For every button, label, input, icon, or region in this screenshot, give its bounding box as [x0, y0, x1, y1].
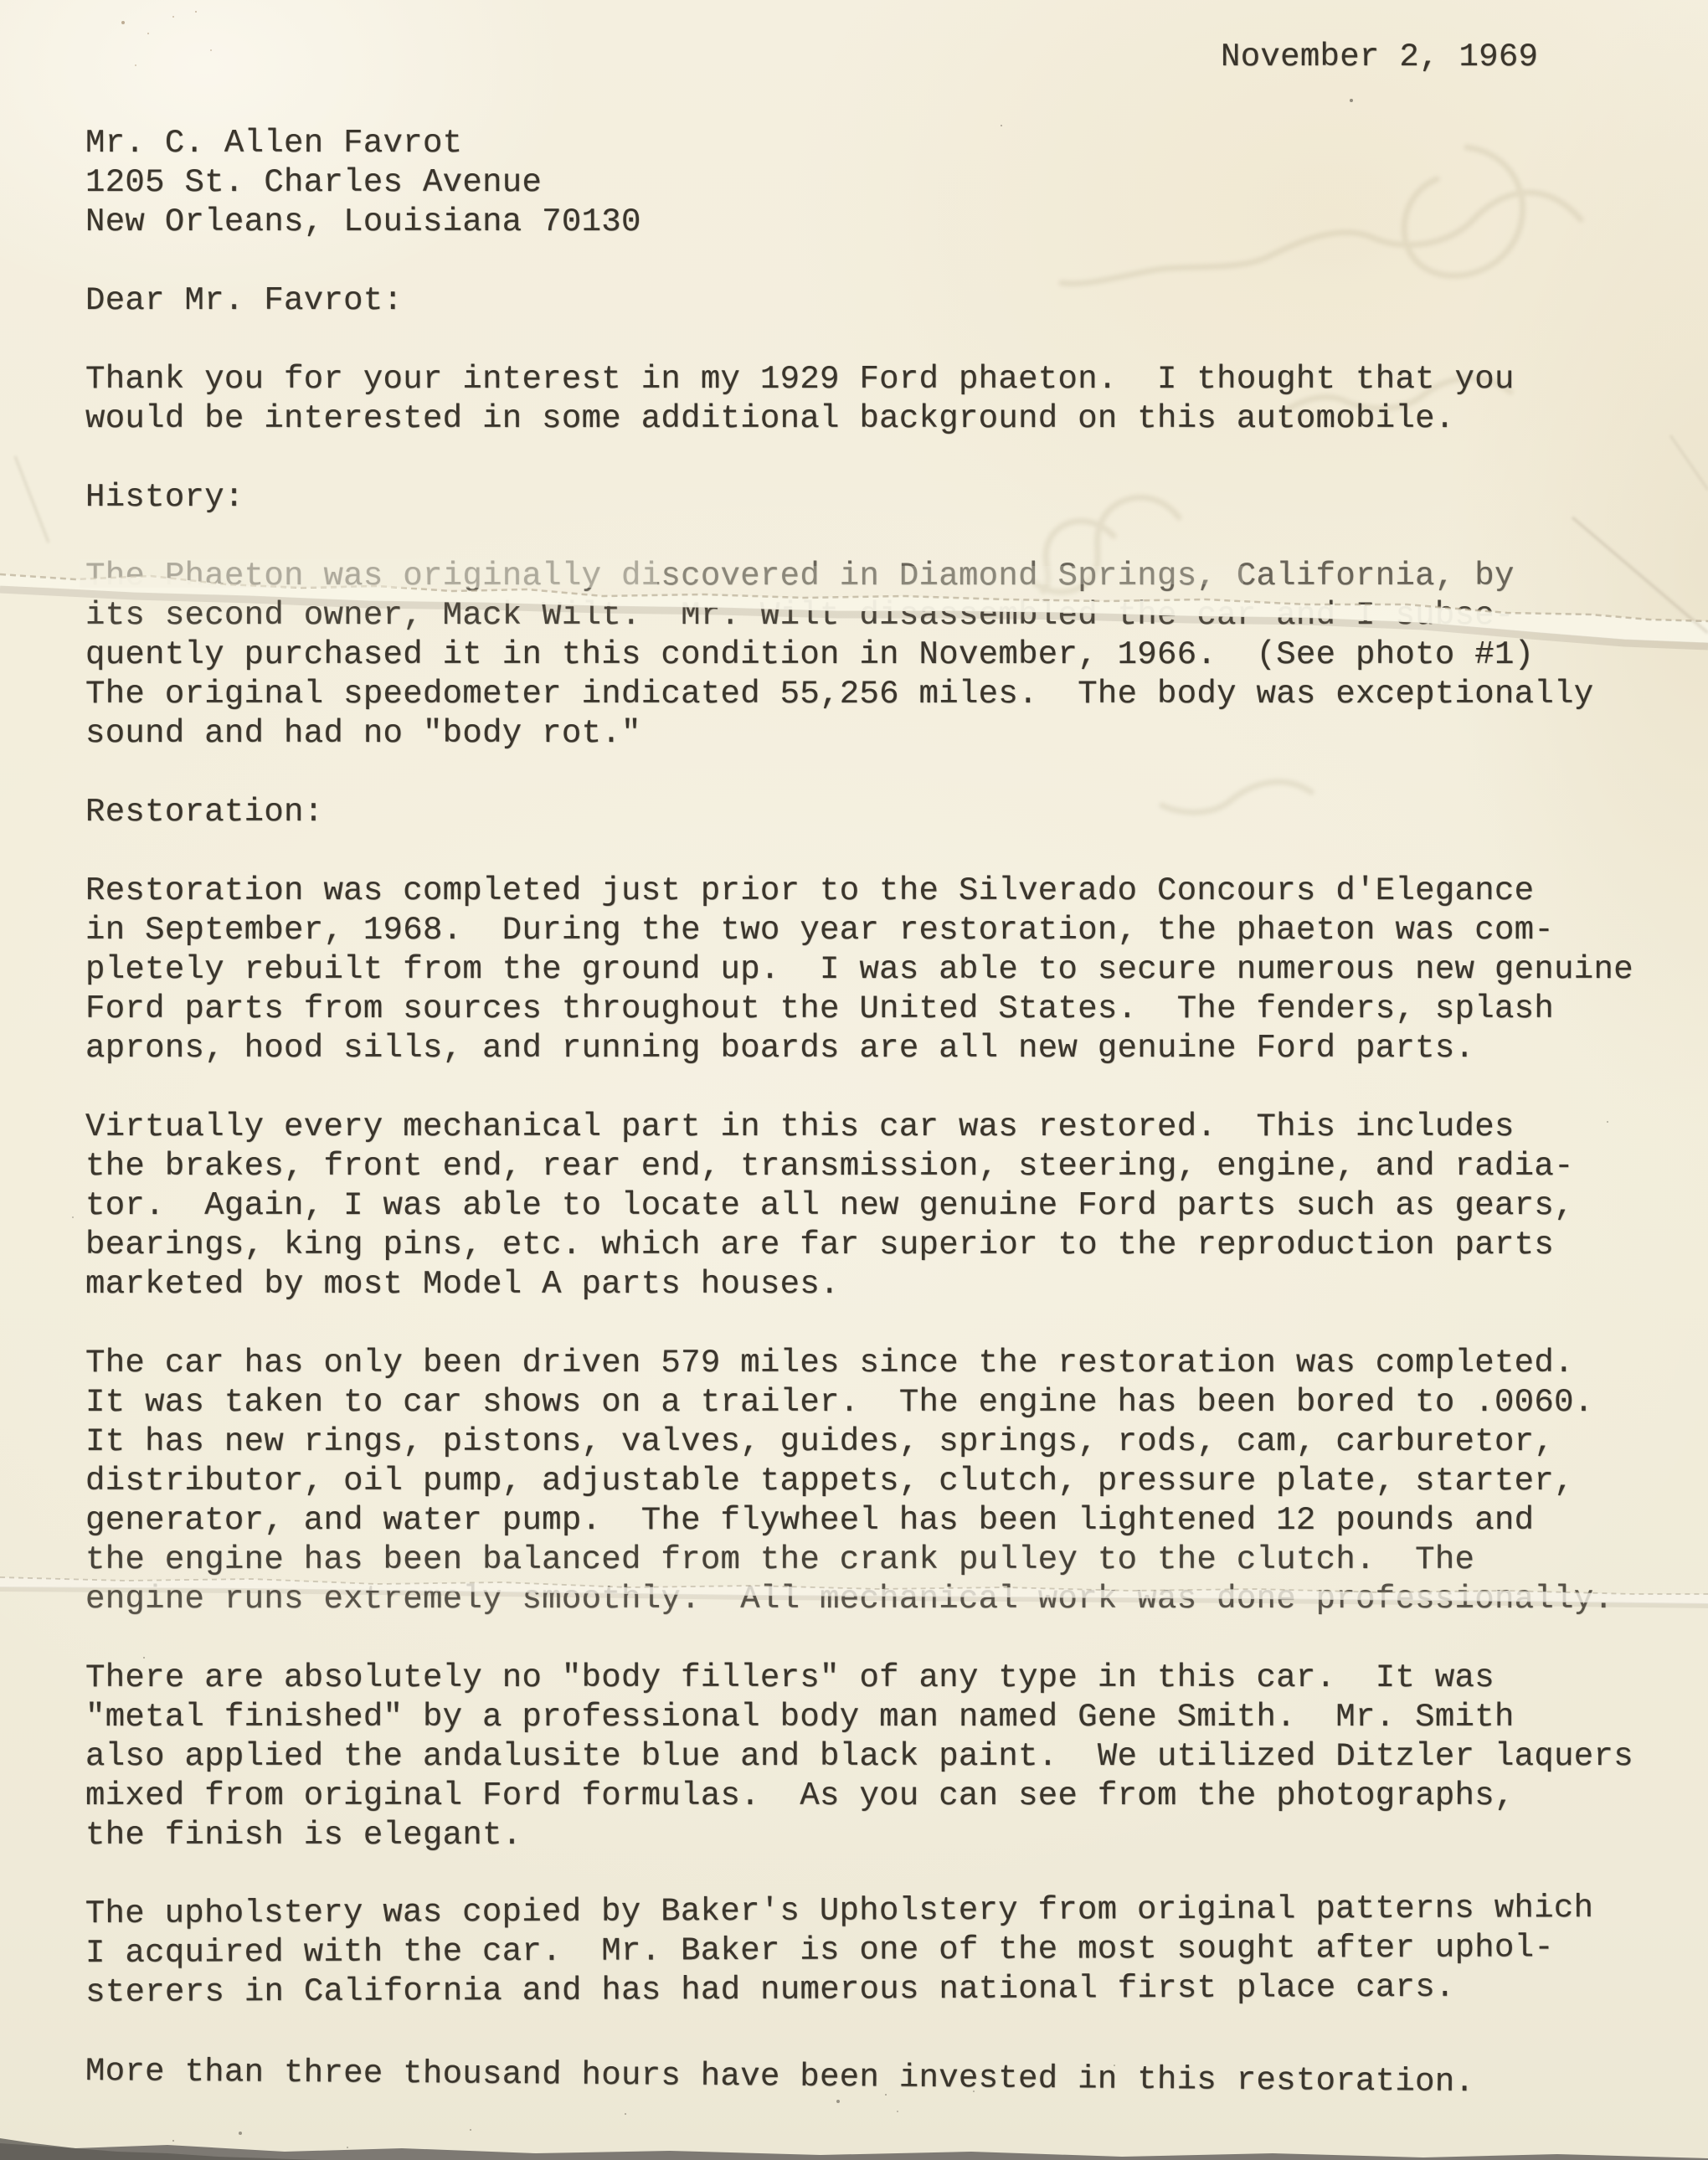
body-line: More than three thousand hours have been… — [85, 2052, 1633, 2104]
paragraph: The car has only been driven 579 miles s… — [85, 1344, 1633, 1619]
paragraph: The upholstery was copied by Baker's Uph… — [85, 1889, 1633, 2013]
paragraph: More than three thousand hours have been… — [85, 2052, 1633, 2104]
body-line: aprons, hood sills, and running boards a… — [85, 1029, 1633, 1068]
body-line: "metal finished" by a professional body … — [85, 1698, 1633, 1737]
salutation: Dear Mr. Favrot: — [85, 281, 1633, 321]
body-line: The Phaeton was originally discovered in… — [85, 557, 1633, 596]
letter-paragraphs: Thank you for your interest in my 1929 F… — [85, 360, 1633, 2091]
body-line: marketed by most Model A parts houses. — [85, 1265, 1633, 1304]
body-line: bearings, king pins, etc. which are far … — [85, 1226, 1633, 1265]
paragraph: Restoration was completed just prior to … — [85, 872, 1633, 1068]
body-line: would be interested in some additional b… — [85, 399, 1633, 439]
section-heading: Restoration: — [85, 793, 1633, 832]
paper-speckles — [0, 0, 3, 3]
recipient-line: New Orleans, Louisiana 70130 — [85, 203, 1633, 242]
body-line: the finish is elegant. — [85, 1816, 1633, 1855]
paragraph: The Phaeton was originally discovered in… — [85, 557, 1633, 753]
body-line: pletely rebuilt from the ground up. I wa… — [85, 950, 1633, 990]
section-heading: History: — [85, 478, 1633, 517]
letter-page: November 2, 1969 Mr. C. Allen Favrot1205… — [0, 0, 1708, 2160]
body-line: the brakes, front end, rear end, transmi… — [85, 1147, 1633, 1186]
body-line: in September, 1968. During the two year … — [85, 911, 1633, 950]
body-line: Thank you for your interest in my 1929 F… — [85, 360, 1633, 399]
body-line: Restoration: — [85, 793, 1633, 832]
date-line: November 2, 1969 — [1221, 38, 1538, 77]
paragraph: Virtually every mechanical part in this … — [85, 1108, 1633, 1304]
recipient-line: Mr. C. Allen Favrot — [85, 124, 1633, 163]
body-line: mixed from original Ford formulas. As yo… — [85, 1777, 1633, 1816]
paragraph: There are absolutely no "body fillers" o… — [85, 1659, 1633, 1855]
body-line: It has new rings, pistons, valves, guide… — [85, 1422, 1633, 1462]
body-line: Virtually every mechanical part in this … — [85, 1108, 1633, 1147]
body-line: The car has only been driven 579 miles s… — [85, 1344, 1633, 1383]
body-line: The upholstery was copied by Baker's Uph… — [85, 1889, 1633, 1934]
body-line: Ford parts from sources throughout the U… — [85, 990, 1633, 1029]
body-line: History: — [85, 478, 1633, 517]
body-line: the engine has been balanced from the cr… — [85, 1540, 1633, 1580]
body-line: I acquired with the car. Mr. Baker is on… — [85, 1928, 1633, 1973]
scan-bottom-edge — [0, 2138, 1708, 2160]
body-line: The original speedometer indicated 55,25… — [85, 675, 1633, 714]
body-line: tor. Again, I was able to locate all new… — [85, 1186, 1633, 1226]
body-line: generator, and water pump. The flywheel … — [85, 1501, 1633, 1540]
body-line: sound and had no "body rot." — [85, 714, 1633, 753]
recipient-line: 1205 St. Charles Avenue — [85, 163, 1633, 203]
body-line: quently purchased it in this condition i… — [85, 635, 1633, 675]
body-line: its second owner, Mack Wilt. Mr. Wilt di… — [85, 596, 1633, 635]
paragraph: Thank you for your interest in my 1929 F… — [85, 360, 1633, 439]
body-line: distributor, oil pump, adjustable tappet… — [85, 1462, 1633, 1501]
letter-body: Mr. C. Allen Favrot1205 St. Charles Aven… — [85, 124, 1633, 2131]
body-line: sterers in California and has had numero… — [85, 1967, 1633, 2013]
body-line: also applied the andalusite blue and bla… — [85, 1737, 1633, 1777]
body-line: It was taken to car shows on a trailer. … — [85, 1383, 1633, 1422]
body-line: engine runs extremely smoothly. All mech… — [85, 1580, 1633, 1619]
body-line: There are absolutely no "body fillers" o… — [85, 1659, 1633, 1698]
recipient-address: Mr. C. Allen Favrot1205 St. Charles Aven… — [85, 124, 1633, 242]
body-line: Restoration was completed just prior to … — [85, 872, 1633, 911]
